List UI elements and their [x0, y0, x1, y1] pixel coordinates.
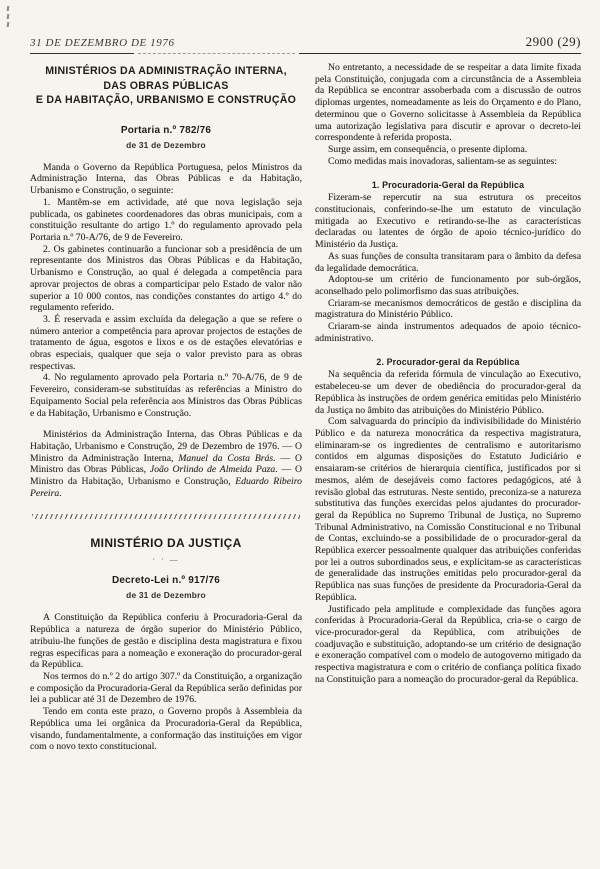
signature-paragraph: Ministérios da Administração Interna, da… — [30, 429, 302, 499]
paragraph: Como medidas mais inovadoras, salientam-… — [315, 156, 581, 168]
section-divider — [32, 514, 300, 519]
portaria-date-line: de 31 de Dezembro — [30, 140, 302, 150]
paragraph: Criaram-se ainda instrumentos adequados … — [315, 321, 581, 344]
section-1-heading: 1. Procuradoria-Geral da República — [315, 180, 581, 190]
header-rule-left — [30, 53, 134, 54]
header-date: 31 DE DEZEMBRO DE 1976 — [30, 37, 175, 49]
decree-title: Decreto-Lei n.º 917/76 — [30, 575, 302, 586]
decree-date-line: de 31 de Dezembro — [30, 590, 302, 600]
paragraph: Manda o Governo da República Portuguesa,… — [30, 162, 302, 197]
paragraph: Fizeram-se repercutir na sua estrutura o… — [315, 192, 581, 251]
scan-artifact — [6, 4, 12, 30]
heading-separator: · · — — [30, 555, 302, 564]
paragraph: Adoptou-se um critério de funcionamento … — [315, 274, 581, 297]
section-2-heading: 2. Procurador-geral da República — [315, 357, 581, 367]
paragraph: 1. Mantêm-se em actividade, até que nova… — [30, 197, 302, 244]
paragraph: No entretanto, a necessidade de se respe… — [315, 62, 581, 144]
paragraph: 2. Os gabinetes continuarão a funcionar … — [30, 244, 302, 314]
ministries-heading-line: E DA HABITAÇÃO, URBANISMO E CONSTRUÇÃO — [30, 93, 302, 108]
header-rule-right — [299, 53, 581, 54]
paragraph: Surge assim, em consequência, o presente… — [315, 144, 581, 156]
ministry-justice-heading: MINISTÉRIO DA JUSTIÇA — [30, 536, 302, 550]
ministries-heading-line: MINISTÉRIOS DA ADMINISTRAÇÃO INTERNA, — [30, 64, 302, 79]
ministries-heading-line: DAS OBRAS PÚBLICAS — [30, 79, 302, 94]
right-column: No entretanto, a necessidade de se respe… — [315, 60, 581, 753]
paragraph: Tendo em conta este prazo, o Governo pro… — [30, 706, 302, 753]
paragraph: Com salvaguarda do princípio da indivisi… — [315, 416, 581, 603]
portaria-title: Portaria n.º 782/76 — [30, 125, 302, 136]
paragraph: A Constituição da República conferiu à P… — [30, 612, 302, 671]
paragraph: Nos termos do n.º 2 do artigo 307.º da C… — [30, 671, 302, 706]
paragraph: Na sequência da referida fórmula de vinc… — [315, 369, 581, 416]
paragraph: Criaram-se mecanismos democráticos de ge… — [315, 298, 581, 321]
two-column-body: MINISTÉRIOS DA ADMINISTRAÇÃO INTERNA, DA… — [30, 60, 581, 753]
left-column: MINISTÉRIOS DA ADMINISTRAÇÃO INTERNA, DA… — [30, 60, 302, 753]
header-rule-middle — [138, 53, 295, 54]
header-rule — [30, 52, 581, 55]
paragraph: Justificado pela amplitude e complexidad… — [315, 604, 581, 686]
gazette-page: 31 DE DEZEMBRO DE 1976 2900 (29) MINISTÉ… — [0, 0, 600, 869]
page-header: 31 DE DEZEMBRO DE 1976 2900 (29) — [30, 34, 581, 50]
paragraph: 3. É reservada e assim excluída da deleg… — [30, 314, 302, 373]
ministries-heading: MINISTÉRIOS DA ADMINISTRAÇÃO INTERNA, DA… — [30, 64, 302, 108]
paragraph: As suas funções de consulta transitaram … — [315, 251, 581, 274]
header-page-number: 2900 (29) — [526, 34, 581, 50]
paragraph: 4. No regulamento aprovado pela Portaria… — [30, 372, 302, 419]
